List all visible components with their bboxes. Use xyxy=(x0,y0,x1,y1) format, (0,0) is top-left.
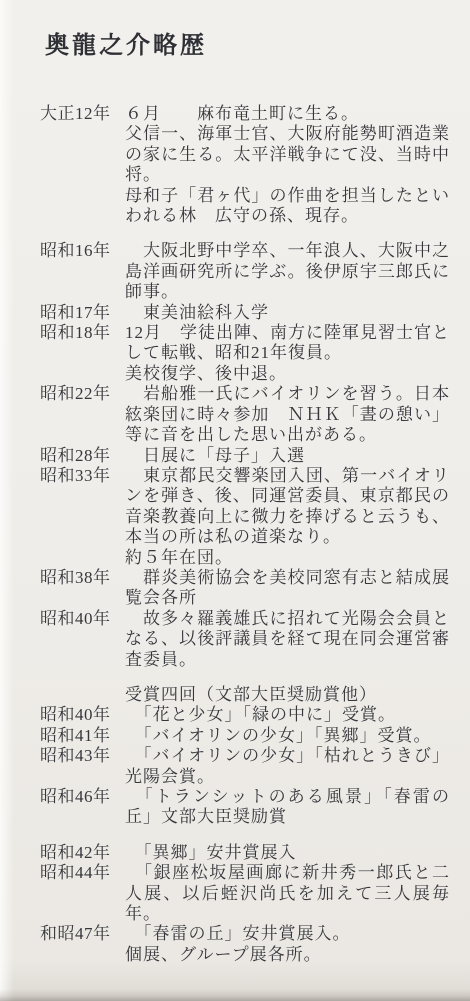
entry-content: 「銀座松坂屋画廊に新井秀一郎氏と二人展、以后蛭沢尚氏を加えて三人展毎年。 xyxy=(125,863,450,924)
entry-content: 「バイオリンの少女」「枯れとうきび」光陽会賞。 xyxy=(125,746,450,787)
chronology-entry: 昭和17年 東美油絵科入学 xyxy=(0,303,470,323)
chronology-entry: 昭和22年 岩船雅一氏にバイオリンを習う。日本絃楽団に時々参加 ＮＨＫ「晝の憩い… xyxy=(0,384,470,445)
entry-content: 大阪北野中学卒、一年浪人、大阪中之島洋画研究所に学ぶ。後伊原宇三郎氏に師事。 xyxy=(125,241,450,302)
scanned-biography-page: 奥龍之介略歴 大正12年 ６月 麻布竜土町に生る。父信一、海軍士官、大阪府能勢町… xyxy=(0,0,470,1001)
entry-paragraph: 群炎美術協会を美校同窓有志と結成展覧会各所 xyxy=(125,568,450,609)
entry-year: 昭和42年 xyxy=(40,843,125,863)
entry-year: 昭和18年 xyxy=(40,323,125,343)
chronology-entry: 昭和28年 日展に「母子」入選 xyxy=(0,446,470,466)
entry-year: 昭和41年 xyxy=(40,726,125,746)
entry-paragraph: 美校復学、後中退。 xyxy=(125,364,450,384)
entry-paragraph: 母和子「君ヶ代」の作曲を担当したといわれる林 広守の孫、現存。 xyxy=(125,186,450,227)
entry-content: 「バイオリンの少女」「異郷」受賞。 xyxy=(125,726,450,746)
entry-year: 昭和16年 xyxy=(40,241,125,261)
entry-paragraph: 約５年在団。 xyxy=(125,548,450,568)
entry-content: 群炎美術協会を美校同窓有志と結成展覧会各所 xyxy=(125,568,450,609)
entry-paragraph: 「異郷」安井賞展入 xyxy=(125,843,450,863)
chronology-entry: 昭和46年 「トランシットのある風景」「春雷の丘」文部大臣奨励賞 xyxy=(0,787,470,828)
chronology-entry: 昭和41年 「バイオリンの少女」「異郷」受賞。 xyxy=(0,726,470,746)
entry-content: 「異郷」安井賞展入 xyxy=(125,843,450,863)
chronology-entry: 昭和16年 大阪北野中学卒、一年浪人、大阪中之島洋画研究所に学ぶ。後伊原宇三郎氏… xyxy=(0,241,470,302)
entry-content: 東京都民交響楽団入団、第一バイオリンを弾き、後、同運営委員、東京都民の音楽教養向… xyxy=(125,466,450,568)
entry-paragraph: 個展、グループ展各所。 xyxy=(125,945,450,965)
entry-year: 和昭47年 xyxy=(40,924,125,944)
entry-paragraph: 「花と少女」「緑の中に」受賞。 xyxy=(125,705,450,725)
entry-paragraph: 「バイオリンの少女」「異郷」受賞。 xyxy=(125,726,450,746)
entry-paragraph: 「トランシットのある風景」「春雷の丘」文部大臣奨励賞 xyxy=(125,787,450,828)
entry-content: 東美油絵科入学 xyxy=(125,303,450,323)
entry-paragraph: ６月 麻布竜土町に生る。 xyxy=(125,104,450,124)
entry-content: 岩船雅一氏にバイオリンを習う。日本絃楽団に時々参加 ＮＨＫ「晝の憩い」等に音を出… xyxy=(125,384,450,445)
entry-paragraph: 大阪北野中学卒、一年浪人、大阪中之島洋画研究所に学ぶ。後伊原宇三郎氏に師事。 xyxy=(125,241,450,302)
entry-year: 大正12年 xyxy=(40,104,125,124)
chronology-entry: 受賞四回（文部大臣奨励賞他） xyxy=(0,685,470,705)
entry-content: 12月 学徒出陣、南方に陸軍見習士官として転戦、昭和21年復員。美校復学、後中退… xyxy=(125,323,450,384)
entry-paragraph: 東美油絵科入学 xyxy=(125,303,450,323)
page-title: 奥龍之介略歴 xyxy=(0,0,470,61)
entry-content: 受賞四回（文部大臣奨励賞他） xyxy=(125,685,450,705)
entry-year: 昭和40年 xyxy=(40,609,125,629)
entry-content: ６月 麻布竜土町に生る。父信一、海軍士官、大阪府能勢町酒造業の家に生る。太平洋戦… xyxy=(125,104,450,226)
entry-paragraph: 「春雷の丘」安井賞展入。 xyxy=(125,924,450,944)
chronology-entry: 大正12年 ６月 麻布竜土町に生る。父信一、海軍士官、大阪府能勢町酒造業の家に生… xyxy=(0,104,470,226)
chronology-entry: 昭和40年 故多々羅義雄氏に招れて光陽会会員となる、以後評議員を経て現在同会運営… xyxy=(0,609,470,670)
entry-paragraph: 受賞四回（文部大臣奨励賞他） xyxy=(125,685,450,705)
entry-year: 昭和38年 xyxy=(40,568,125,588)
chronology-entry: 昭和33年 東京都民交響楽団入団、第一バイオリンを弾き、後、同運営委員、東京都民… xyxy=(0,466,470,568)
entry-paragraph: 日展に「母子」入選 xyxy=(125,446,450,466)
entry-paragraph: 「銀座松坂屋画廊に新井秀一郎氏と二人展、以后蛭沢尚氏を加えて三人展毎年。 xyxy=(125,863,450,924)
entry-content: 「トランシットのある風景」「春雷の丘」文部大臣奨励賞 xyxy=(125,787,450,828)
entry-paragraph: 岩船雅一氏にバイオリンを習う。日本絃楽団に時々参加 ＮＨＫ「晝の憩い」等に音を出… xyxy=(125,384,450,445)
chronology-entry: 和昭47年 「春雷の丘」安井賞展入。個展、グループ展各所。 xyxy=(0,924,470,965)
chronology-entry: 昭和44年 「銀座松坂屋画廊に新井秀一郎氏と二人展、以后蛭沢尚氏を加えて三人展毎… xyxy=(0,863,470,924)
entry-paragraph: 12月 学徒出陣、南方に陸軍見習士官として転戦、昭和21年復員。 xyxy=(125,323,450,364)
chronology-entry: 昭和38年 群炎美術協会を美校同窓有志と結成展覧会各所 xyxy=(0,568,470,609)
entry-paragraph: 東京都民交響楽団入団、第一バイオリンを弾き、後、同運営委員、東京都民の音楽教養向… xyxy=(125,466,450,548)
entry-year: 昭和43年 xyxy=(40,746,125,766)
chronology-entry: 昭和40年 「花と少女」「緑の中に」受賞。 xyxy=(0,705,470,725)
entry-year: 昭和17年 xyxy=(40,303,125,323)
entry-content: 故多々羅義雄氏に招れて光陽会会員となる、以後評議員を経て現在同会運営審査委員。 xyxy=(125,609,450,670)
entry-paragraph: 父信一、海軍士官、大阪府能勢町酒造業の家に生る。太平洋戦争にて没、当時中将。 xyxy=(125,124,450,185)
entry-year: 昭和28年 xyxy=(40,446,125,466)
entry-year: 昭和44年 xyxy=(40,863,125,883)
entry-content: 日展に「母子」入選 xyxy=(125,446,450,466)
chronology-list: 大正12年 ６月 麻布竜土町に生る。父信一、海軍士官、大阪府能勢町酒造業の家に生… xyxy=(0,104,470,965)
chronology-entry: 昭和43年 「バイオリンの少女」「枯れとうきび」光陽会賞。 xyxy=(0,746,470,787)
chronology-entry: 昭和18年 12月 学徒出陣、南方に陸軍見習士官として転戦、昭和21年復員。美校… xyxy=(0,323,470,384)
entry-content: 「春雷の丘」安井賞展入。個展、グループ展各所。 xyxy=(125,924,450,965)
entry-paragraph: 故多々羅義雄氏に招れて光陽会会員となる、以後評議員を経て現在同会運営審査委員。 xyxy=(125,609,450,670)
entry-content: 「花と少女」「緑の中に」受賞。 xyxy=(125,705,450,725)
entry-year: 昭和22年 xyxy=(40,384,125,404)
entry-year: 昭和40年 xyxy=(40,705,125,725)
chronology-entry: 昭和42年 「異郷」安井賞展入 xyxy=(0,843,470,863)
entry-year: 昭和46年 xyxy=(40,787,125,807)
entry-paragraph: 「バイオリンの少女」「枯れとうきび」光陽会賞。 xyxy=(125,746,450,787)
entry-year: 昭和33年 xyxy=(40,466,125,486)
